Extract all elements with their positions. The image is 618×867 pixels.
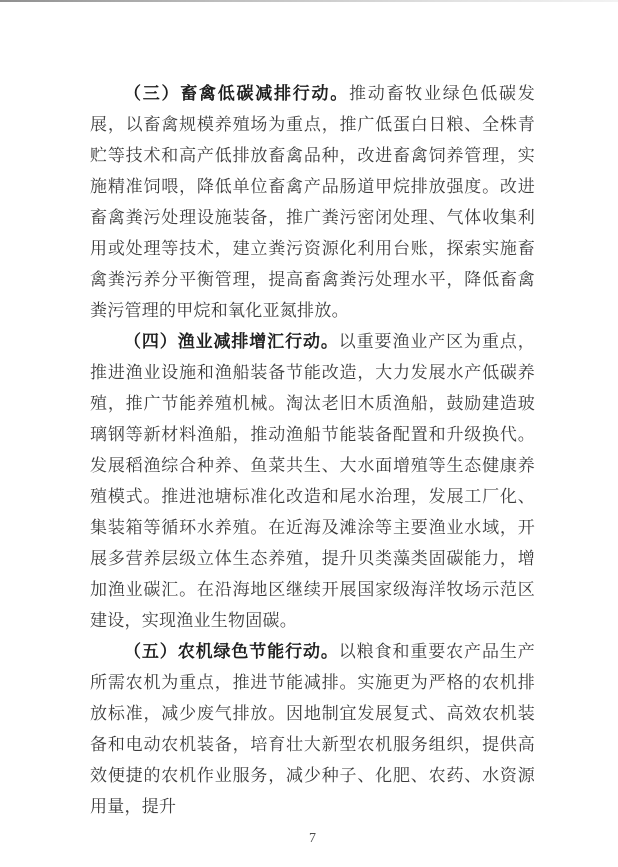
- paragraph-body: 推动畜牧业绿色低碳发展，以畜禽规模养殖场为重点，推广低蛋白日粮、全株青贮等技术和…: [90, 84, 535, 320]
- paragraph-heading: （五）农机绿色节能行动。: [124, 642, 339, 661]
- page-footer: 7: [90, 822, 535, 854]
- paragraph-fishery-emission-reduction-action: （四）渔业减排增汇行动。以重要渔业产区为重点，推进渔业设施和渔船装备节能改造，大…: [90, 326, 535, 636]
- scan-edge-artifact: [0, 0, 618, 2]
- paragraph-body: 以重要渔业产区为重点，推进渔业设施和渔船装备节能改造，大力发展水产低碳养殖，推广…: [90, 332, 535, 630]
- paragraph-heading: （三）畜禽低碳减排行动。: [124, 84, 349, 103]
- document-page: （三）畜禽低碳减排行动。推动畜牧业绿色低碳发展，以畜禽规模养殖场为重点，推广低蛋…: [0, 0, 618, 854]
- paragraph-agri-machinery-green-action: （五）农机绿色节能行动。以粮食和重要农产品生产所需农机为重点，推进节能减排。实施…: [90, 636, 535, 822]
- paragraph-heading: （四）渔业减排增汇行动。: [124, 332, 339, 351]
- document-body: （三）畜禽低碳减排行动。推动畜牧业绿色低碳发展，以畜禽规模养殖场为重点，推广低蛋…: [0, 0, 618, 822]
- paragraph-livestock-low-carbon-action: （三）畜禽低碳减排行动。推动畜牧业绿色低碳发展，以畜禽规模养殖场为重点，推广低蛋…: [90, 78, 535, 326]
- paragraph-body: 以粮食和重要农产品生产所需农机为重点，推进节能减排。实施更为严格的农机排放标准，…: [90, 642, 535, 816]
- page-number: 7: [309, 831, 316, 846]
